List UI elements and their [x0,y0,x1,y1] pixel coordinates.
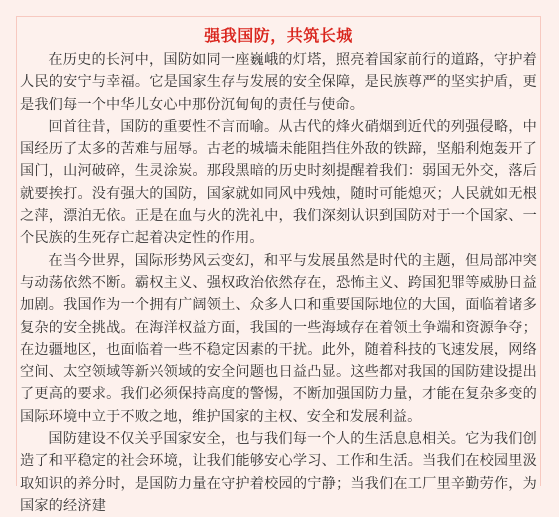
article-paragraph: 回首往昔，国防的重要性不言而喻。从古代的烽火硝烟到近代的列强侵略，中国经历了太多… [20,116,537,250]
article-paragraph: 在当今世界，国际形势风云变幻，和平与发展虽然是时代的主题，但局部冲突与动荡依然不… [20,250,537,428]
article-container: 强我国防，共筑长城 在历史的长河中，国防如同一座巍峨的灯塔，照亮着国家前行的道路… [16,16,541,466]
article-paragraph: 在历史的长河中，国防如同一座巍峨的灯塔，照亮着国家前行的道路，守护着人民的安宁与… [20,49,537,116]
article-paragraph: 国防建设不仅关乎国家安全，也与我们每一个人的生活息息相关。它为我们创造了和平稳定… [20,428,537,466]
article-title: 强我国防，共筑长城 [20,23,537,49]
